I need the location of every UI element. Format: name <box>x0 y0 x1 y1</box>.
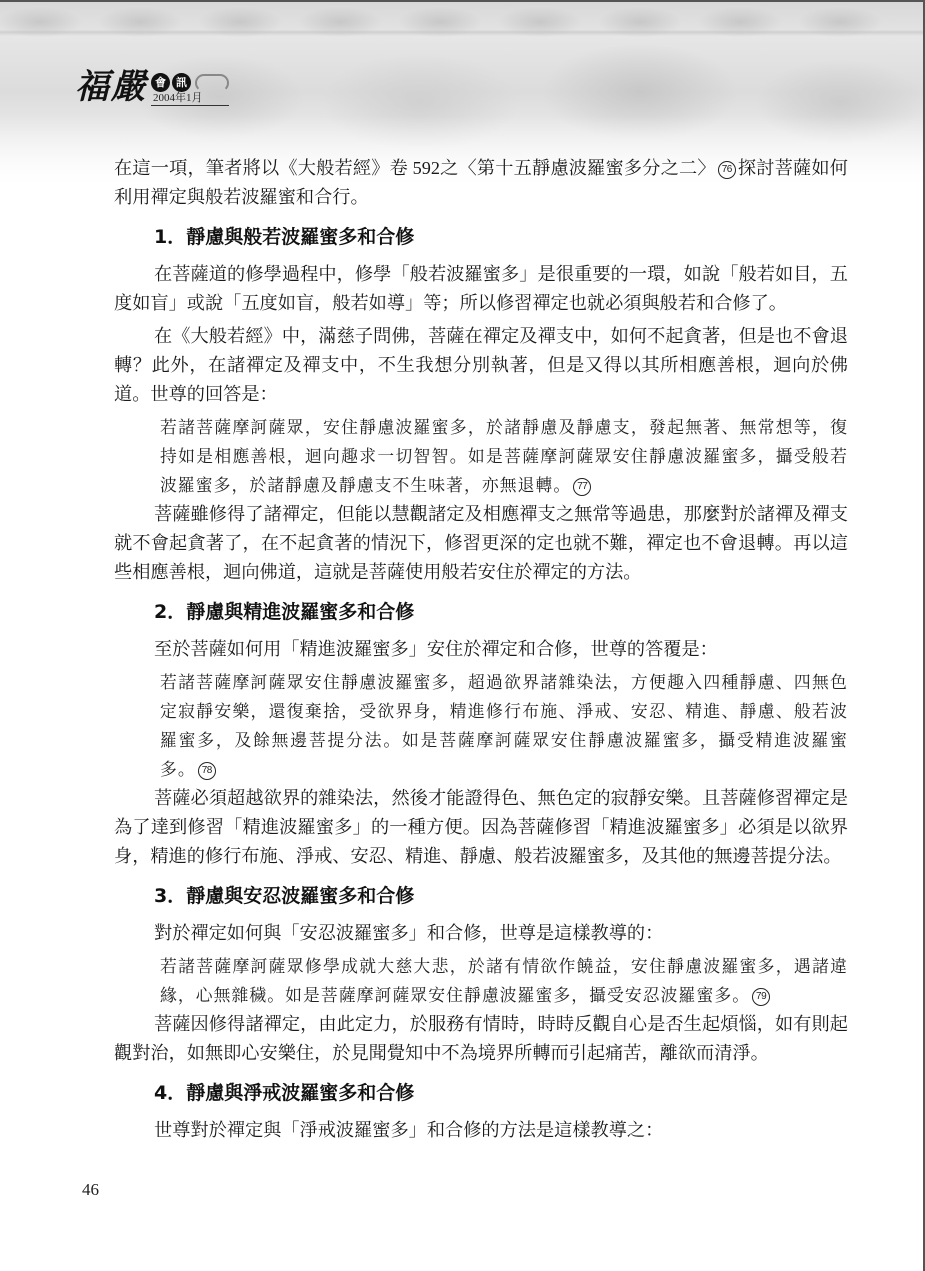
section2-paragraph-1: 至於菩薩如何用「精進波羅蜜多」安住於禪定和合修，世尊的答覆是： <box>114 635 848 664</box>
section-heading-3: 3．靜慮與安忍波羅蜜多和合修 <box>154 881 848 911</box>
masthead-badges: 會 訊 <box>151 73 229 92</box>
footnote-marker: 76 <box>718 161 736 179</box>
issue-date: 2004年1月 <box>151 92 229 106</box>
section-heading-1: 1．靜慮與般若波羅蜜多和合修 <box>154 222 848 252</box>
section3-paragraph-2: 菩薩因修得諸禪定，由此定力，於服務有情時，時時反觀自心是否生起煩惱，如有則起觀對… <box>114 1010 848 1068</box>
badge-hui: 會 <box>151 73 170 92</box>
section2-paragraph-2: 菩薩必須超越欲界的雜染法，然後才能證得色、無色定的寂靜安樂。且菩薩修習禪定是為了… <box>114 784 848 871</box>
section-heading-2: 2．靜慮與精進波羅蜜多和合修 <box>154 597 848 627</box>
footnote-marker: 79 <box>752 988 770 1006</box>
article-body: 在這一項，筆者將以《大般若經》卷 592之〈第十五靜慮波羅蜜多分之二〉76探討菩… <box>114 154 848 1149</box>
section-heading-4: 4．靜慮與淨戒波羅蜜多和合修 <box>154 1078 848 1108</box>
section4-paragraph-1: 世尊對於禪定與「淨戒波羅蜜多」和合修的方法是這樣教導之： <box>114 1116 848 1145</box>
badge-xun: 訊 <box>172 73 191 92</box>
section3-paragraph-1: 對於禪定如何與「安忍波羅蜜多」和合修，世尊是這樣教導的： <box>114 919 848 948</box>
footnote-marker: 78 <box>198 762 216 780</box>
section1-paragraph-2: 在《大般若經》中，滿慈子問佛，菩薩在禪定及禪支中，如何不起貪著，但是也不會退轉？… <box>114 322 848 409</box>
masthead-right: 會 訊 2004年1月 <box>151 73 229 106</box>
footnote-marker: 77 <box>573 478 591 496</box>
page-number: 46 <box>82 1180 99 1200</box>
masthead-title: 福嚴 <box>75 68 147 106</box>
section1-sutra-quote: 若諸菩薩摩訶薩眾，安住靜慮波羅蜜多，於諸靜慮及靜慮支，發起無著、無常想等，復持如… <box>114 413 848 500</box>
section1-paragraph-1: 在菩薩道的修學過程中，修學「般若波羅蜜多」是很重要的一環，如說「般若如目，五度如… <box>114 260 848 318</box>
quote-text: 若諸菩薩摩訶薩眾修學成就大慈大悲，於諸有情欲作饒益，安住靜慮波羅蜜多，遇諸違緣，… <box>160 956 848 1005</box>
intro-paragraph: 在這一項，筆者將以《大般若經》卷 592之〈第十五靜慮波羅蜜多分之二〉76探討菩… <box>114 154 848 212</box>
masthead-logo: 福嚴 會 訊 2004年1月 <box>75 66 229 106</box>
intro-text-before: 在這一項，筆者將以《大般若經》卷 592之〈第十五靜慮波羅蜜多分之二〉 <box>114 158 716 178</box>
section3-sutra-quote: 若諸菩薩摩訶薩眾修學成就大慈大悲，於諸有情欲作饒益，安住靜慮波羅蜜多，遇諸違緣，… <box>114 952 848 1010</box>
section1-paragraph-3: 菩薩雖修得了諸禪定，但能以慧觀諸定及相應禪支之無常等過患，那麼對於諸禪及禪支就不… <box>114 500 848 587</box>
section2-sutra-quote: 若諸菩薩摩訶薩眾安住靜慮波羅蜜多，超過欲界諸雜染法，方便趣入四種靜慮、四無色定寂… <box>114 668 848 784</box>
cloud-swirl-icon <box>195 74 229 92</box>
quote-text: 若諸菩薩摩訶薩眾安住靜慮波羅蜜多，超過欲界諸雜染法，方便趣入四種靜慮、四無色定寂… <box>160 672 848 779</box>
quote-text: 若諸菩薩摩訶薩眾，安住靜慮波羅蜜多，於諸靜慮及靜慮支，發起無著、無常想等，復持如… <box>160 417 848 495</box>
